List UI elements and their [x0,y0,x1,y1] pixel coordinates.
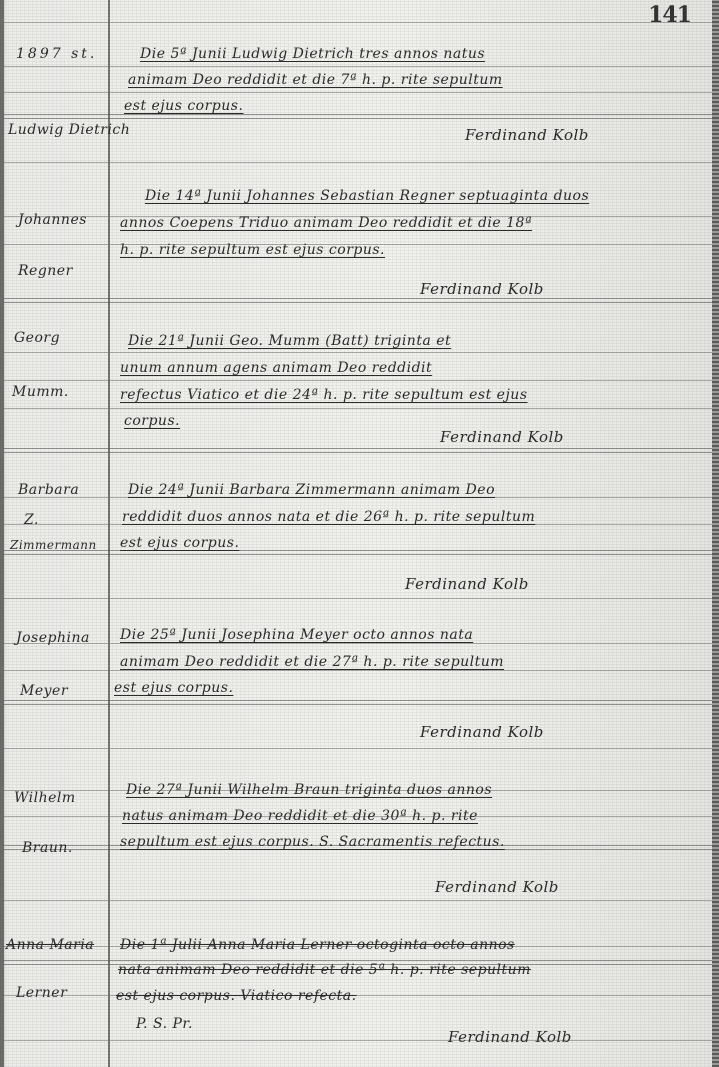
entry-line: corpus. [124,413,180,429]
margin-name: Lerner [16,985,67,1001]
entry-line: est ejus corpus. [114,680,233,696]
entry-line: animam Deo reddidit et die 7ª h. p. rite… [128,72,503,88]
entry-line: Die 25ª Junii Josephina Meyer octo annos… [120,627,473,643]
entry-line: Die 1ª Julii Anna Maria Lerner octoginta… [120,937,515,953]
entry-line: sepultum est ejus corpus. S. Sacramentis… [120,834,505,850]
margin-name: Wilhelm [14,790,76,806]
entry-line: annos Coepens Triduo animam Deo reddidit… [120,215,532,231]
page-right-edge [712,0,719,1067]
ruled-line [4,748,712,749]
ruled-line [4,380,712,381]
entry-line: Die 14ª Junii Johannes Sebastian Regner … [145,188,589,204]
entry-line: animam Deo reddidit et die 27ª h. p. rit… [120,654,504,670]
priest-signature: Ferdinand Kolb [420,723,544,741]
ruled-line [4,22,712,23]
entry-line: est ejus corpus. [120,535,239,551]
entry-divider [4,550,712,555]
priest-signature: Ferdinand Kolb [405,575,529,593]
priest-signature: Ferdinand Kolb [440,428,564,446]
register-page: 141 1897 st. Ludwig Dietrich Die 5ª Juni… [0,0,719,1067]
ruled-line [4,408,712,409]
margin-name: Meyer [20,683,68,699]
margin-name: Z. [24,512,39,528]
entry-divider [4,700,712,705]
entry-line: Die 5ª Junii Ludwig Dietrich tres annos … [140,46,485,62]
page-number: 141 [648,2,691,28]
entry-line: est ejus corpus. [124,98,243,114]
entry-line: natus animam Deo reddidit et die 30ª h. … [122,808,478,824]
priest-signature: Ferdinand Kolb [448,1028,572,1046]
ruled-line [4,66,712,67]
priest-signature: Ferdinand Kolb [465,126,589,144]
margin-name: Anna Maria [6,937,94,953]
entry-line: Die 24ª Junii Barbara Zimmermann animam … [128,482,495,498]
entry-line: Die 27ª Junii Wilhelm Braun triginta duo… [126,782,492,798]
margin-name: Regner [18,263,73,279]
entry-line: reddidit duos annos nata et die 26ª h. p… [122,509,535,525]
entry-divider [4,448,712,453]
entry-divider [4,298,712,303]
margin-name: Braun. [22,840,73,856]
ruled-line [4,1040,712,1041]
margin-name: Georg [14,330,60,346]
entry-line: unum annum agens animam Deo reddidit [120,360,432,376]
priest-signature: Ferdinand Kolb [435,878,559,896]
entry-line: nata animam Deo reddidit et die 5ª h. p.… [118,962,531,978]
year-heading: 1897 st. [16,46,97,62]
margin-name: Josephina [16,630,90,646]
entry-line: Die 21ª Junii Geo. Mumm (Batt) triginta … [128,333,451,349]
ruled-line [4,643,712,644]
entry-line: refectus Viatico et die 24ª h. p. rite s… [120,387,528,403]
margin-name: Mumm. [12,384,69,400]
margin-name: Johannes [18,212,87,228]
priest-signature: Ferdinand Kolb [420,280,544,298]
entry-note: P. S. Pr. [136,1016,193,1032]
ruled-line [4,162,712,163]
page-left-edge [0,0,4,1067]
ruled-line [4,995,712,996]
ruled-line [4,670,712,671]
ruled-line [4,352,712,353]
ruled-line [4,92,712,93]
margin-name: Ludwig Dietrich [8,122,130,138]
entry-line: h. p. rite sepultum est ejus corpus. [120,242,385,258]
entry-divider [4,114,712,119]
margin-column-rule [108,0,110,1067]
ruled-line [4,900,712,901]
entry-line: est ejus corpus. Viatico refecta. [116,988,357,1004]
margin-name: Zimmermann [10,538,97,552]
ruled-line [4,598,712,599]
margin-name: Barbara [18,482,79,498]
